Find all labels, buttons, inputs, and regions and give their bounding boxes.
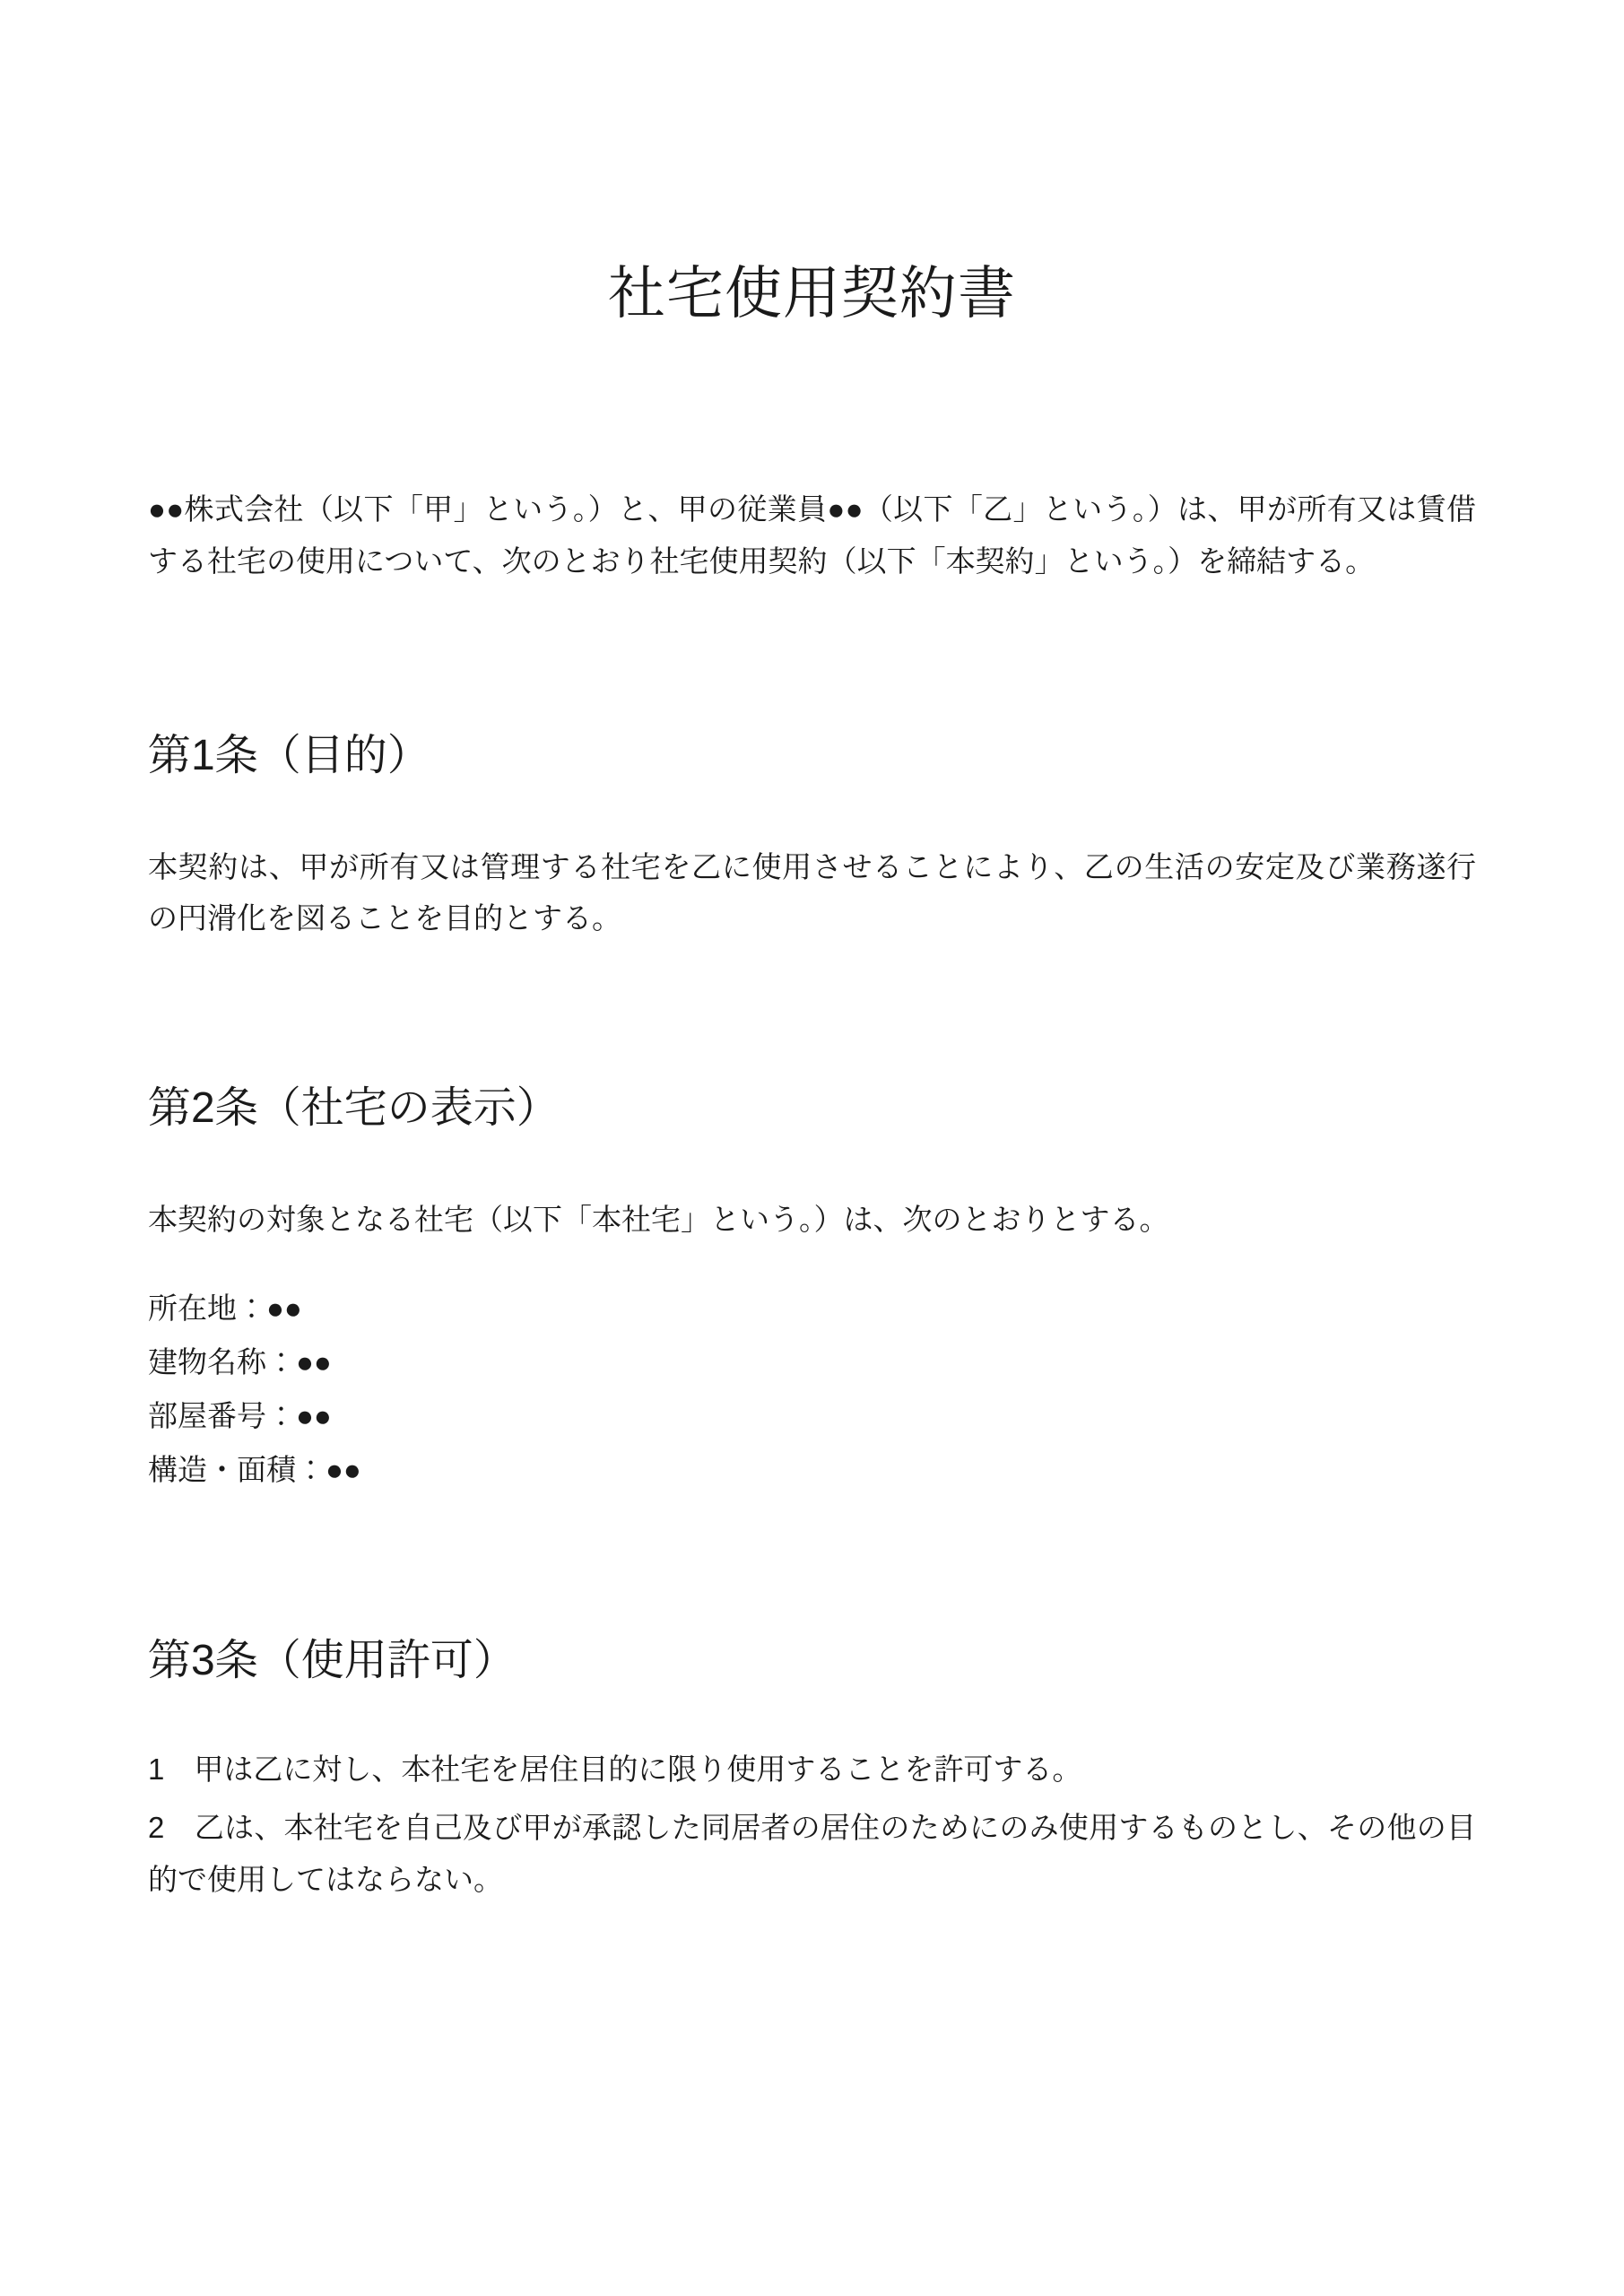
article-3-clauses: 1 甲は乙に対し、本社宅を居住目的に限り使用することを許可する。 2 乙は、本社…	[148, 1744, 1476, 1906]
article-2-heading: 第2条（社宅の表示）	[148, 1083, 1476, 1133]
intro-paragraph: ●●株式会社（以下「甲」という。）と、甲の従業員●●（以下「乙」という。）は、甲…	[148, 483, 1476, 587]
housing-detail-structure-area: 構造・面積：●●	[148, 1443, 1476, 1497]
document-page: 社宅使用契約書 ●●株式会社（以下「甲」という。）と、甲の従業員●●（以下「乙」…	[0, 0, 1624, 2296]
document-title: 社宅使用契約書	[148, 265, 1476, 322]
article-2-section: 第2条（社宅の表示） 本契約の対象となる社宅（以下「本社宅」という。）は、次のと…	[148, 1083, 1476, 1497]
article-1-paragraph: 本契約は、甲が所有又は管理する社宅を乙に使用させることにより、乙の生活の安定及び…	[148, 841, 1476, 945]
article-3-heading: 第3条（使用許可）	[148, 1636, 1476, 1685]
article-3-clause-1: 1 甲は乙に対し、本社宅を居住目的に限り使用することを許可する。	[148, 1744, 1476, 1796]
article-1-section: 第1条（目的） 本契約は、甲が所有又は管理する社宅を乙に使用させることにより、乙…	[148, 731, 1476, 945]
article-3-clause-2: 2 乙は、本社宅を自己及び甲が承認した同居者の居住のためにのみ使用するものとし、…	[148, 1802, 1476, 1906]
article-1-heading: 第1条（目的）	[148, 731, 1476, 780]
housing-detail-building-name: 建物名称：●●	[148, 1335, 1476, 1389]
housing-detail-location: 所在地：●●	[148, 1282, 1476, 1335]
housing-details: 所在地：●● 建物名称：●● 部屋番号：●● 構造・面積：●●	[148, 1282, 1476, 1497]
housing-detail-room-number: 部屋番号：●●	[148, 1389, 1476, 1443]
article-3-section: 第3条（使用許可） 1 甲は乙に対し、本社宅を居住目的に限り使用することを許可す…	[148, 1636, 1476, 1905]
article-2-paragraph: 本契約の対象となる社宅（以下「本社宅」という。）は、次のとおりとする。	[148, 1194, 1476, 1246]
